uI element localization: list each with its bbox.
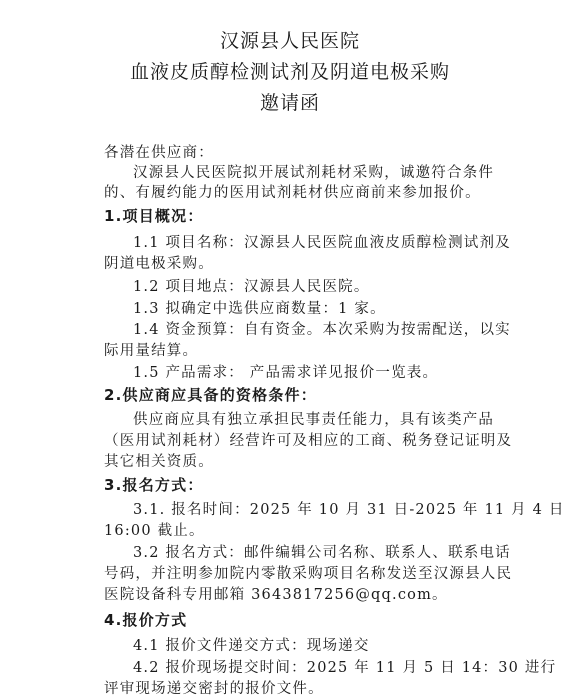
section-2-line-1: 供应商应具有独立承担民事责任能力，具有该类产品 [133, 408, 494, 429]
section-2-line-3: 其它相关资质。 [104, 450, 214, 471]
item-3-2-line-2: 号码，并注明参加院内零散采购项目名称发送至汉源县人民 [104, 562, 512, 583]
intro-line-2: 的、有履约能力的医用试剂耗材供应商前来参加报价。 [104, 181, 481, 202]
item-3-2-line-3: 医院设备科专用邮箱 3643817256@qq.com。 [104, 583, 448, 604]
org-title: 汉源县人民医院 [0, 26, 580, 53]
item-4-1: 4.1 报价文件递交方式：现场递交 [133, 634, 370, 655]
item-3-1-line-1: 3.1. 报名时间：2025 年 10 月 31 日-2025 年 11 月 4… [133, 498, 565, 519]
doc-type-title: 邀请函 [0, 88, 580, 115]
salutation: 各潜在供应商： [104, 141, 214, 162]
item-1-1-line-1: 1.1 项目名称：汉源县人民医院血液皮质醇检测试剂及 [133, 231, 511, 252]
item-4-2-line-1: 4.2 报价现场提交时间：2025 年 11 月 5 日 14：30 进行 [133, 656, 556, 677]
item-1-1-line-2: 阴道电极采购。 [104, 252, 214, 273]
section-1-heading: 1.项目概况： [104, 205, 204, 226]
item-1-4-line-2: 际用量结算。 [104, 339, 198, 360]
section-3-heading: 3.报名方式： [104, 474, 204, 495]
item-3-1-line-2: 16:00 截止。 [104, 519, 205, 540]
item-1-3: 1.3 拟确定中选供应商数量：1 家。 [133, 297, 386, 318]
section-4-heading: 4.报价方式 [104, 609, 187, 630]
item-1-4-line-1: 1.4 资金预算：自有资金。本次采购为按需配送，以实 [133, 318, 511, 339]
item-1-5: 1.5 产品需求： 产品需求详见报价一览表。 [133, 361, 438, 382]
item-1-2: 1.2 项目地点：汉源县人民医院。 [133, 275, 370, 296]
item-4-2-line-2: 评审现场递交密封的报价文件。 [104, 677, 324, 696]
intro-line-1: 汉源县人民医院拟开展试剂耗材采购，诚邀符合条件 [133, 161, 494, 182]
section-2-line-2: （医用试剂耗材）经营许可及相应的工商、税务登记证明及 [104, 429, 512, 450]
project-title: 血液皮质醇检测试剂及阴道电极采购 [0, 57, 580, 84]
item-3-2-line-1: 3.2 报名方式：邮件编辑公司名称、联系人、联系电话 [133, 541, 511, 562]
section-2-heading: 2.供应商应具备的资格条件： [104, 384, 317, 405]
